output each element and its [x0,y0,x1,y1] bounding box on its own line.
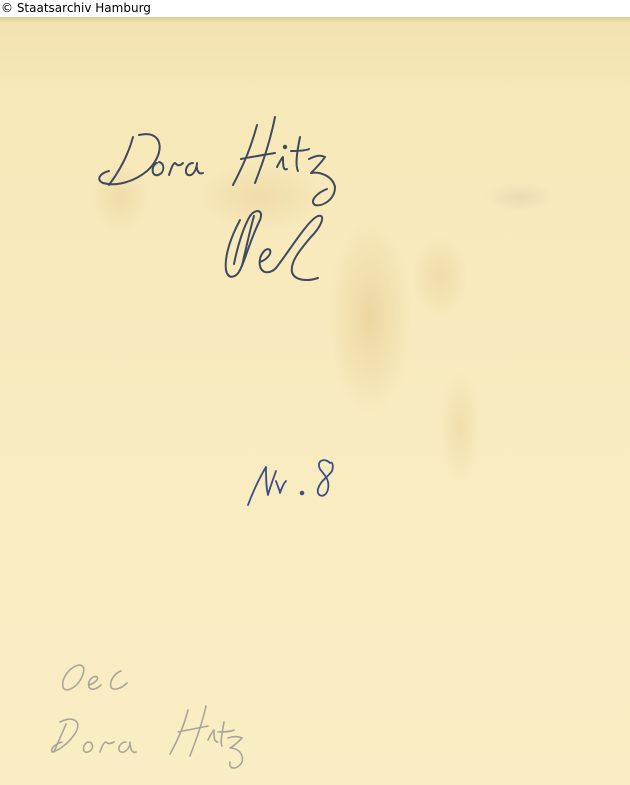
handwriting-nr-8-icon [240,447,340,517]
pencil-oel-icon [55,657,145,707]
scanned-document: Dora Hitz [0,17,630,785]
copyright-notice: © Staatsarchiv Hamburg [0,0,630,17]
pencil-technique: Oel [55,657,145,707]
handwriting-technique: Oel [210,200,330,295]
pencil-dora-hitz-icon [48,702,248,777]
handwriting-oel-icon [210,200,330,295]
handwriting-number: Nr. 8 [240,447,340,517]
pencil-artist-name: Dora Hitz [48,702,248,777]
